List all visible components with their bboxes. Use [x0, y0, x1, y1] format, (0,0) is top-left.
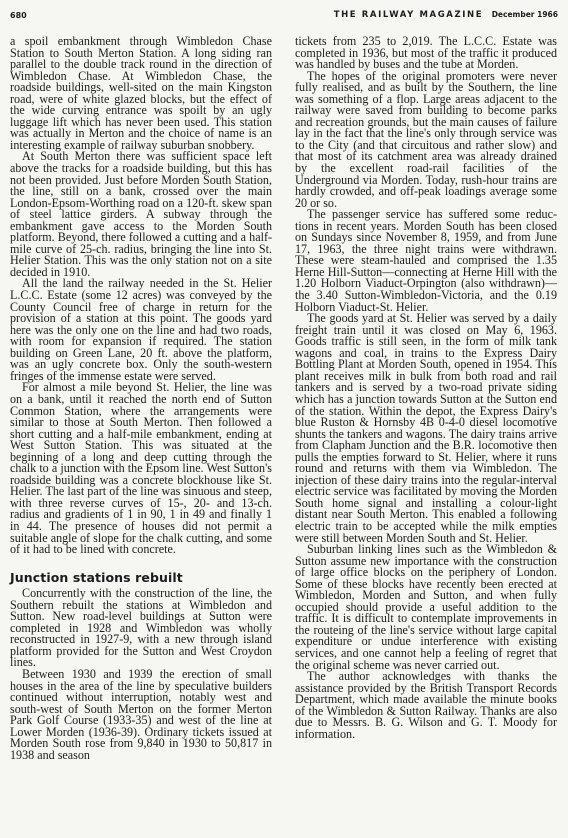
- section-heading: Junction stations rebuilt: [10, 572, 272, 584]
- paragraph: tickets from 235 to 2,019. The L.C.C. Es…: [295, 36, 557, 71]
- right-column: tickets from 235 to 2,019. The L.C.C. Es…: [295, 36, 557, 740]
- paragraph: At South Merton there was sufficient spa…: [10, 151, 272, 278]
- paragraph: Suburban linking lines such as the Wimbl…: [295, 544, 557, 671]
- running-head: THE RAILWAY MAGAZINE December 1966: [334, 10, 558, 20]
- paragraph: Concurrently with the construction of th…: [10, 588, 272, 669]
- magazine-page: 680 THE RAILWAY MAGAZINE December 1966 a…: [0, 0, 568, 838]
- acknowledgements-paragraph: The author acknowledges with thanks the …: [295, 671, 557, 740]
- paragraph: The passenger service has suffered some …: [295, 209, 557, 313]
- paragraph: All the land the railway needed in the S…: [10, 278, 272, 382]
- magazine-title: THE RAILWAY MAGAZINE: [334, 10, 483, 20]
- paragraph: Between 1930 and 1939 the erection of sm…: [10, 669, 272, 761]
- page-number: 680: [10, 11, 27, 20]
- paragraph: a spoil embankment through Wimbledon Cha…: [10, 36, 272, 151]
- left-column: a spoil embankment through Wimbledon Cha…: [10, 36, 272, 761]
- paragraph: The goods yard at St. Helier was served …: [295, 313, 557, 544]
- issue-date: December 1966: [492, 10, 558, 19]
- paragraph: The hopes of the original promoters were…: [295, 71, 557, 210]
- paragraph: For almost a mile beyond St. Helier, the…: [10, 382, 272, 555]
